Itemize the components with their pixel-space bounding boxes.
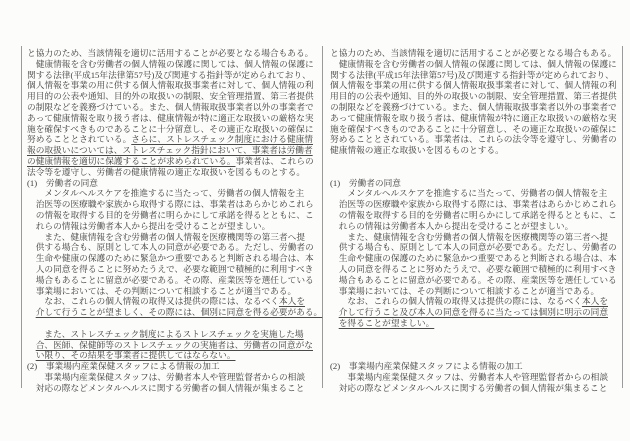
text-segment: 対応の際などメンタルヘルスに関する労働者の個人情報が集まること	[27, 383, 304, 393]
text-line: メンタルヘルスケアを推進するに当たって、労働者の個人情報を主	[27, 188, 320, 199]
text-segment: 対応の際などメンタルヘルスに関する労働者の個人情報が集まること	[330, 383, 607, 393]
text-line: また、健康情報を含む労働者の個人情報を医療機関等の第三者へ提	[27, 232, 320, 243]
text-segment: 健康情報を含む労働者の個人情報の保護に関しては、個人情報の保護に	[330, 59, 617, 69]
text-line: 人の同意を得ることに努めたうえで、必要な範囲で積極的に利用すべき	[27, 264, 320, 275]
text-line: 介して行うこと及び本人の同意を得るに当たっては個別に明示の同意	[330, 307, 620, 318]
text-segment: 法令等を遵守し、労働者の健康情報の適正な取扱いを図るものとする。	[27, 167, 305, 177]
text-line: 個人情報を事業の用に供する個人情報取扱事業者に対して、個人情報の利	[27, 80, 320, 91]
text-line: 人の同意を得ることに努めたうえで、必要な範囲で積極的に利用すべき	[330, 264, 620, 275]
text-line: 健康情報を含む労働者の個人情報の保護に関しては、個人情報の保護に	[330, 59, 620, 70]
text-line: あって健康情報を取り扱う者は、健康情報が特に適正な取扱いの厳格な実	[330, 113, 620, 124]
text-line: なお、これらの個人情報の取得又は提供の際には、なるべく本人を	[27, 296, 320, 307]
text-line: 生命や健康の保護のために緊急かつ重要であると判断される場合は、本	[330, 253, 620, 264]
text-line: の情報を取得する目的を労働者に明らかにして承諾を得るとともに、こ	[27, 210, 320, 221]
text-line: メンタルヘルスケアを推進するに当たって、労働者の個人情報を主	[330, 188, 620, 199]
text-line: れらの情報は労働者本人から提出を受けることが望ましい。	[330, 221, 620, 232]
text-segment: 個人情報を事業の用に供する個人情報取扱事業者に対して、個人情報の利	[27, 80, 314, 90]
text-segment: あって健康情報を取り扱う者は、健康情報が特に適正な取扱いの厳格な実	[330, 113, 617, 123]
text-line: 治医等の医療職や家族から取得する際には、事業者はあらかじめこれら	[27, 199, 320, 210]
text-line: 施を確保すべきものであることに十分留意し、その適正な取扱いの確保に	[330, 124, 620, 135]
text-line	[330, 329, 620, 340]
text-line: と協力のため、当該情報を適切に活用することが必要となる場合もある。	[330, 48, 620, 59]
text-line: を得ることが望ましい。	[330, 318, 620, 329]
text-line: 健康情報の適正な取扱いを図るものとする。	[330, 145, 620, 156]
text-segment: また、健康情報を含む労働者の個人情報を医療機関等の第三者へ提	[27, 232, 305, 242]
text-segment: なお、これらの個人情報の取得又は提供の際には、なるべく	[330, 296, 582, 306]
text-segment	[330, 318, 339, 328]
text-line: 対応の際などメンタルヘルスに関する労働者の個人情報が集まること	[330, 383, 620, 394]
text-line	[330, 340, 620, 351]
text-line: 努めることとされている。事業者は、これらの法令等を遵守し、労働者の	[330, 134, 620, 145]
text-segment: なお、これらの個人情報の取得又は提供の際には、なるべく	[27, 296, 279, 306]
text-segment: 人の同意を得ることに努めたうえで、必要な範囲で積極的に利用すべき	[330, 264, 616, 274]
text-segment: 努めることとされている。事業者は、これらの法令等を遵守し、労働者の	[330, 134, 617, 144]
text-line: 事業場内産業保健スタッフは、労働者本人や管理監督者からの相談	[330, 372, 620, 383]
text-segment: (2) 事業場内産業保健スタッフによる情報の加工	[330, 361, 523, 371]
text-segment: 場合もあることに留意が必要である。その際、産業医等を選任している	[330, 275, 617, 285]
text-segment: 人の同意を得ることに努めたうえで、必要な範囲で積極的に利用すべき	[27, 264, 313, 274]
text-segment: あって健康情報を取り扱う者は、健康情報が特に適正な取扱いの厳格な実	[27, 113, 314, 123]
text-segment: 施を確保すべきものであることに十分留意し、その適正な取扱いの確保に	[330, 124, 617, 134]
text-line: 治医等の医療職や家族から取得する際には、事業者はあらかじめこれら	[330, 199, 620, 210]
text-line: 報の取扱いについては、ストレスチェック指針において、事業者は労働者	[27, 145, 320, 156]
text-segment: 個人情報を事業の用に供する個人情報取扱事業者に対して、個人情報の利	[330, 80, 617, 90]
text-segment: と協力のため、当該情報を適切に活用することが必要となる場合もある。	[330, 48, 616, 58]
text-line: の制限などを義務づけている。また、個人情報取扱事業者以外の事業者で	[27, 102, 320, 113]
text-segment: 事業者は、これらの	[236, 156, 314, 166]
underlined-text: 本人を	[279, 296, 305, 306]
text-segment: 関する法律(平成15年法律第57号)及び関連する指針等が定められており、	[27, 70, 311, 80]
underlined-text: 介して行うこと及び本人の同意を得るに当たっては個別に明示の同意	[339, 307, 608, 317]
text-segment: 用目的の公表や通知、目的外の取扱いの制限、安全管理措置、第三者提供	[330, 91, 617, 101]
text-line: 関する法律(平成15年法律第57号)及び関連する指針等が定められており、	[27, 70, 320, 81]
text-segment: 事業場においては、その判断について相談することが適当である。	[27, 286, 296, 296]
text-segment: と協力のため、当該情報を適切に活用することが必要となる場合もある。	[27, 48, 313, 58]
text-segment: 関する法律(平成15年法律第57号)及び関連する指針等が定められており、	[330, 70, 614, 80]
text-line: 施を確保すべきものであることに十分留意し、その適正な取扱いの確保に	[27, 124, 320, 135]
text-segment: の情報を取得する目的を労働者に明らかにして承諾を得るとともに、こ	[27, 210, 314, 220]
text-segment: 事業場内産業保健スタッフは、労働者本人や管理監督者からの相談	[27, 372, 305, 382]
text-line: 介して行うことが望ましく、その際には、個別に同意を得る必要がある。	[27, 307, 320, 318]
text-segment: 供する場合も、原則として本人の同意が必要である。ただし、労働者の	[330, 242, 617, 252]
underlined-text: 報の取扱いについては、ストレスチェック指針において、事業者は労働者	[27, 145, 313, 155]
table-rule-right	[622, 46, 623, 388]
text-line: (1) 労働者の同意	[330, 178, 620, 189]
underlined-text: の健康情報を適切に保護することが求められている。	[27, 156, 236, 166]
text-line: 努めることとされている。さらに、ストレスチェック制度における健康情	[27, 134, 320, 145]
text-line: 場合もあることに留意が必要である。その際、産業医等を選任している	[27, 275, 320, 286]
text-segment: れらの情報は労働者本人から提出を受けることが望ましい。	[27, 221, 270, 231]
text-segment: の制限などを義務づけている。また、個人情報取扱事業者以外の事業者で	[27, 102, 314, 112]
text-line: 法令等を遵守し、労働者の健康情報の適正な取扱いを図るものとする。	[27, 167, 320, 178]
text-segment	[27, 340, 36, 350]
text-line: 用目的の公表や通知、目的外の取扱いの制限、安全管理措置、第三者提供	[330, 91, 620, 102]
text-line	[330, 167, 620, 178]
text-segment	[27, 307, 36, 317]
text-line: また、ストレスチェック制度によるストレスチェックを実施した場	[27, 329, 320, 340]
text-segment	[330, 307, 339, 317]
text-segment: 努めることとされている。	[27, 134, 131, 144]
comparison-column-revised: と協力のため、当該情報を適切に活用することが必要となる場合もある。 健康情報を含…	[27, 48, 320, 394]
text-line: 個人情報を事業の用に供する個人情報取扱事業者に対して、個人情報の利	[330, 80, 620, 91]
underlined-text: 本人を	[582, 296, 608, 306]
text-segment: の制限などを義務づけている。また、個人情報取扱事業者以外の事業者で	[330, 102, 617, 112]
text-line: 生命や健康の保護のために緊急かつ重要であると判断される場合は、本	[27, 253, 320, 264]
text-segment: の情報を取得する目的を労働者に明らかにして承諾を得るとともに、こ	[330, 210, 617, 220]
text-segment: 健康情報の適正な取扱いを図るものとする。	[330, 145, 504, 155]
text-line: の健康情報を適切に保護することが求められている。事業者は、これらの	[27, 156, 320, 167]
text-line: 事業場内産業保健スタッフは、労働者本人や管理監督者からの相談	[27, 372, 320, 383]
text-line: の制限などを義務づけている。また、個人情報取扱事業者以外の事業者で	[330, 102, 620, 113]
text-line	[330, 156, 620, 167]
text-line: 事業場においては、その判断について相談することが適当である。	[27, 286, 320, 297]
text-segment: また、健康情報を含む労働者の個人情報を医療機関等の第三者へ提	[330, 232, 608, 242]
text-segment: メンタルヘルスケアを推進するに当たって、労働者の個人情報を主	[27, 188, 304, 198]
table-rule-middle	[322, 46, 323, 388]
text-line: 合、医師、保健師等のストレスチェックの実施者は、労働者の同意がな	[27, 340, 320, 351]
text-line: また、健康情報を含む労働者の個人情報を医療機関等の第三者へ提	[330, 232, 620, 243]
text-segment: 治医等の医療職や家族から取得する際には、事業者はあらかじめこれら	[330, 199, 617, 209]
text-line: 供する場合も、原則として本人の同意が必要である。ただし、労働者の	[330, 242, 620, 253]
underlined-text: また、ストレスチェック制度によるストレスチェックを実施した場	[44, 329, 303, 339]
text-segment: 場合もあることに留意が必要である。その際、産業医等を選任している	[27, 275, 314, 285]
text-line: と協力のため、当該情報を適切に活用することが必要となる場合もある。	[27, 48, 320, 59]
text-line: なお、これらの個人情報の取得又は提供の際には、なるべく本人を	[330, 296, 620, 307]
text-segment: 健康情報を含む労働者の個人情報の保護に関しては、個人情報の保護に	[27, 59, 314, 69]
text-line: い限り、その結果を事業者に提供してはならない。	[27, 350, 320, 361]
text-line: 対応の際などメンタルヘルスに関する労働者の個人情報が集まること	[27, 383, 320, 394]
text-segment: 用目的の公表や通知、目的外の取扱いの制限、安全管理措置、第三者提供	[27, 91, 314, 101]
text-line	[330, 350, 620, 361]
text-segment: れらの情報は労働者本人から提出を受けることが望ましい。	[330, 221, 573, 231]
text-line	[27, 318, 320, 329]
text-line: 用目的の公表や通知、目的外の取扱いの制限、安全管理措置、第三者提供	[27, 91, 320, 102]
text-segment: (1) 労働者の同意	[330, 178, 401, 188]
underlined-text: い限り、その結果を事業者に提供してはならない。	[36, 350, 236, 360]
text-line: (1) 労働者の同意	[27, 178, 320, 189]
text-line: 場合もあることに留意が必要である。その際、産業医等を選任している	[330, 275, 620, 286]
text-line: (2) 事業場内産業保健スタッフによる情報の加工	[27, 361, 320, 372]
text-segment	[27, 350, 36, 360]
text-line: れらの情報は労働者本人から提出を受けることが望ましい。	[27, 221, 320, 232]
comparison-column-original: と協力のため、当該情報を適切に活用することが必要となる場合もある。 健康情報を含…	[330, 48, 620, 394]
text-line: (2) 事業場内産業保健スタッフによる情報の加工	[330, 361, 620, 372]
text-segment: (2) 事業場内産業保健スタッフによる情報の加工	[27, 361, 220, 371]
underlined-text: 合、医師、保健師等のストレスチェックの実施者は、労働者の同意がな	[36, 340, 313, 350]
document-sheet: と協力のため、当該情報を適切に活用することが必要となる場合もある。 健康情報を含…	[0, 0, 630, 441]
text-segment: 生命や健康の保護のために緊急かつ重要であると判断される場合は、本	[27, 253, 314, 263]
text-segment: 事業場においては、その判断について相談することが適当である。	[330, 286, 599, 296]
text-line: 事業場においては、その判断について相談することが適当である。	[330, 286, 620, 297]
text-line: あって健康情報を取り扱う者は、健康情報が特に適正な取扱いの厳格な実	[27, 113, 320, 124]
underlined-text: 介して行うことが望ましく、その際には、個別に同意を得る必要がある。	[36, 307, 323, 317]
text-segment: メンタルヘルスケアを推進するに当たって、労働者の個人情報を主	[330, 188, 607, 198]
text-segment: 施を確保すべきものであることに十分留意し、その適正な取扱いの確保に	[27, 124, 314, 134]
text-line: 関する法律(平成15年法律第57号)及び関連する指針等が定められており、	[330, 70, 620, 81]
text-segment: 生命や健康の保護のために緊急かつ重要であると判断される場合は、本	[330, 253, 617, 263]
text-segment: 事業場内産業保健スタッフは、労働者本人や管理監督者からの相談	[330, 372, 608, 382]
text-line: 供する場合も、原則として本人の同意が必要である。ただし、労働者の	[27, 242, 320, 253]
underlined-text: を得ることが望ましい。	[339, 318, 435, 328]
text-segment	[27, 329, 44, 339]
text-segment: 治医等の医療職や家族から取得する際には、事業者はあらかじめこれら	[27, 199, 314, 209]
underlined-text: さらに、ストレスチェック制度における健康情	[131, 134, 313, 144]
text-segment: (1) 労働者の同意	[27, 178, 98, 188]
text-segment: 供する場合も、原則として本人の同意が必要である。ただし、労働者の	[27, 242, 314, 252]
table-rule-left	[21, 46, 22, 388]
text-line: 健康情報を含む労働者の個人情報の保護に関しては、個人情報の保護に	[27, 59, 320, 70]
text-line: の情報を取得する目的を労働者に明らかにして承諾を得るとともに、こ	[330, 210, 620, 221]
